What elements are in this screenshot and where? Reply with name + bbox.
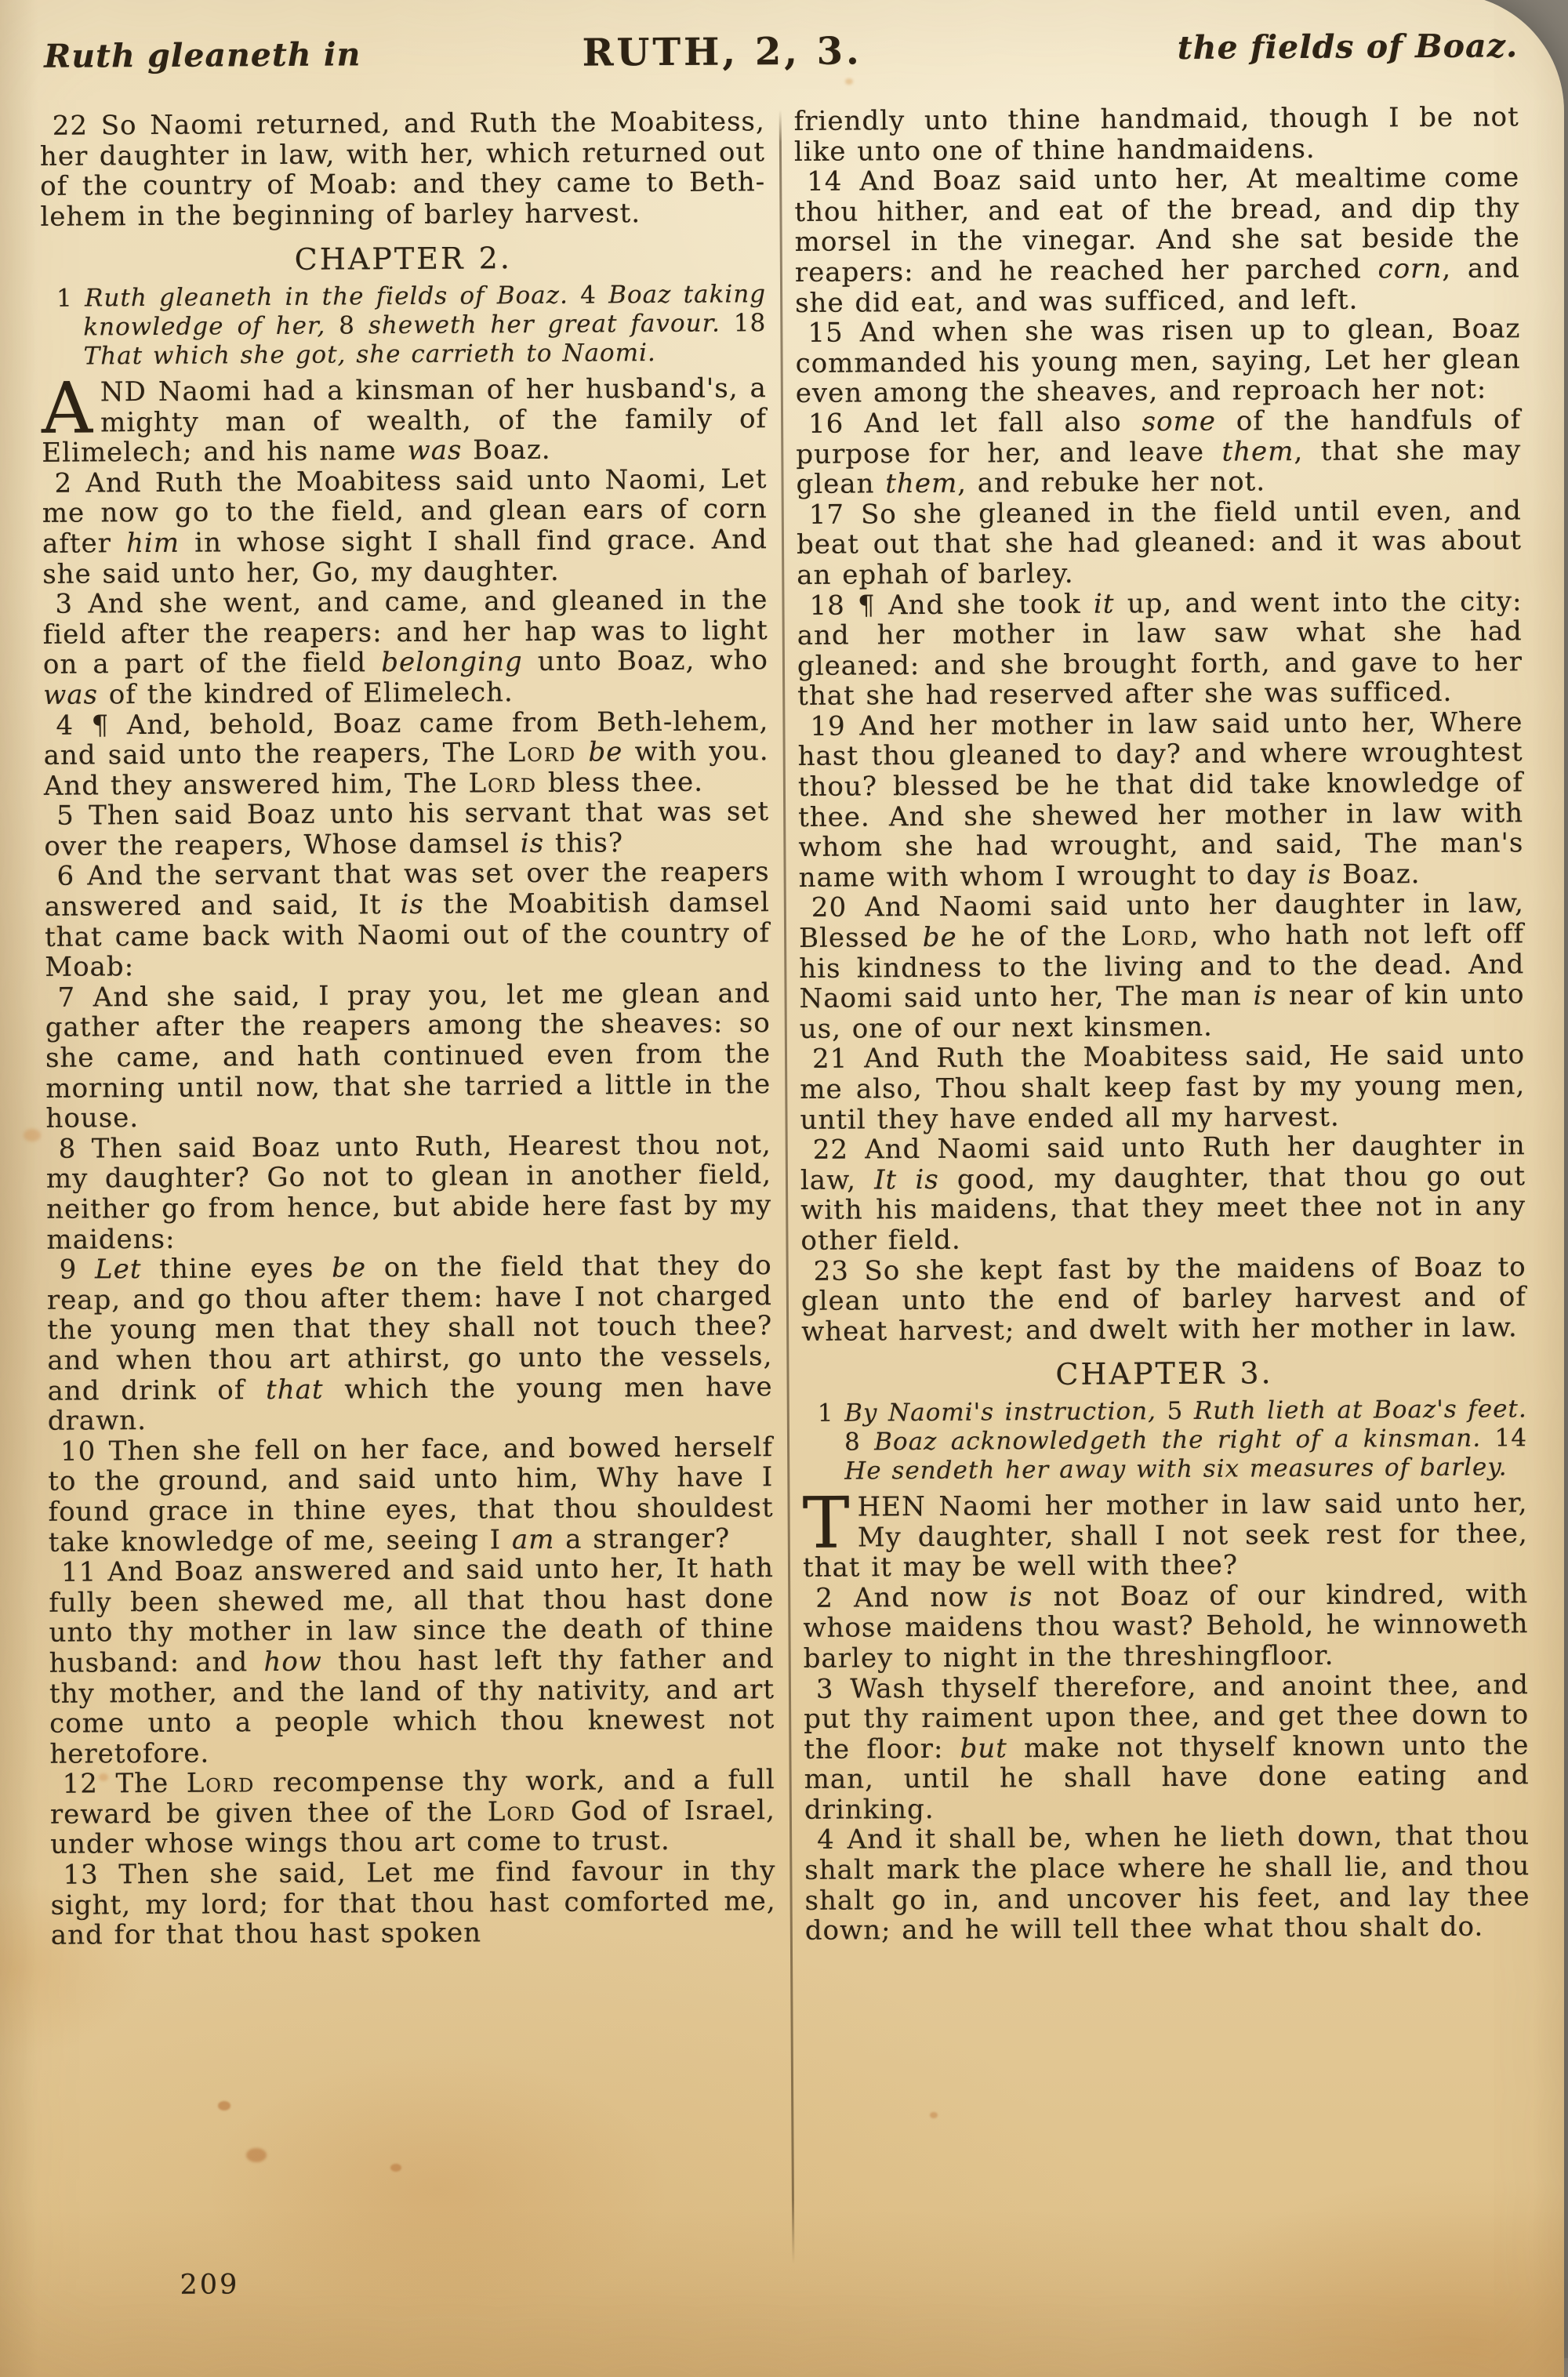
verse-paragraph: 8 Then said Boaz unto Ruth, Hearest thou…: [46, 1130, 772, 1255]
verse-text: 17 So she gleaned in the field until eve…: [797, 495, 1522, 591]
italic-text: is: [400, 889, 424, 920]
verse-paragraph: 11 And Boaz answered and said unto her, …: [49, 1553, 775, 1769]
italic-text: how: [263, 1646, 322, 1678]
verse-text: , and rebuke her not.: [957, 466, 1265, 499]
verse-text: 4: [568, 281, 608, 309]
verse-text: 15 And when she was risen up to glean, B…: [796, 313, 1521, 409]
verse-paragraph: 7 And she said, I pray you, let me glean…: [45, 978, 771, 1134]
verse-paragraph: 13 Then she said, Let me find favour in …: [50, 1856, 776, 1951]
verse-paragraph: 21 And Ruth the Moabitess said, He said …: [800, 1040, 1526, 1135]
italic-text: Boaz acknowledgeth the right of a kinsma…: [874, 1424, 1481, 1457]
italic-text: He sendeth her away with six measures of…: [844, 1453, 1508, 1485]
italic-text: some: [1142, 406, 1216, 438]
text-columns: 22 So Naomi returned, and Ruth the Moabi…: [40, 102, 1552, 2269]
verse-text: 13 Then she said, Let me find favour in …: [50, 1855, 775, 1951]
divine-name: Lord: [468, 768, 537, 800]
verse-text: HEN Naomi her mother in law said unto he…: [803, 1487, 1528, 1584]
chapter-summary: 1 Ruth gleaneth in the fields of Boaz. 4…: [41, 280, 767, 372]
verse-text: bless thee.: [537, 766, 703, 798]
verse-paragraph: 14 And Boaz said unto her, At mealtime c…: [794, 162, 1520, 318]
page-content: Ruth gleaneth in RUTH, 2, 3. the fields …: [39, 22, 1552, 2269]
verse-text: Boaz.: [462, 434, 551, 466]
verse-paragraph: 10 Then she fell on her face, and bowed …: [48, 1432, 774, 1558]
divine-name: Lord: [1121, 920, 1190, 953]
verse-paragraph: 15 And when she was risen up to glean, B…: [795, 314, 1521, 408]
verse-text: 8: [325, 311, 368, 339]
verse-text: 22 So Naomi returned, and Ruth the Moabi…: [40, 106, 765, 232]
verse-text: thine eyes: [141, 1253, 332, 1285]
verse-paragraph: 2 And now is not Boaz of our kindred, wi…: [803, 1579, 1529, 1674]
verse-text: 5 Then said Boaz unto his servant that w…: [44, 796, 769, 862]
verse-text: 2 And now: [815, 1581, 1009, 1614]
verse-paragraph: 16 And let fall also some of the handful…: [796, 405, 1522, 499]
verse-text: 12 The: [63, 1768, 187, 1800]
text-column-right: friendly unto thine handmaid, though I b…: [794, 102, 1533, 2264]
verse-paragraph: 22 And Naomi said unto Ruth her daughter…: [800, 1130, 1526, 1256]
verse-paragraph: 12 The Lord recompense thy work, and a f…: [50, 1765, 776, 1860]
chapter-heading: CHAPTER 3.: [801, 1357, 1526, 1392]
verse-paragraph: 3 Wash thyself therefore, and anoint the…: [804, 1670, 1530, 1826]
italic-text: is: [1009, 1581, 1033, 1613]
verse-text: 16 And let fall also: [808, 406, 1142, 440]
page-number: 209: [180, 2269, 239, 2300]
verse-paragraph: 20 And Naomi said unto her daughter in l…: [799, 889, 1525, 1045]
italic-text: them: [1221, 436, 1294, 468]
italic-text: It is: [874, 1164, 939, 1196]
chapter-heading: CHAPTER 2.: [41, 242, 766, 277]
divine-name: Lord: [187, 1767, 256, 1799]
verse-paragraph: 6 And the servant that was set over the …: [44, 858, 770, 983]
italic-text: be: [588, 736, 622, 768]
verse-paragraph: 17 So she gleaned in the field until eve…: [797, 495, 1523, 590]
verse-text: 5: [1156, 1397, 1194, 1425]
italic-text: sheweth her great favour.: [368, 310, 720, 340]
verse-paragraph: 4 ¶ And, behold, Boaz came from Beth-leh…: [43, 706, 769, 801]
verse-text: 9: [60, 1254, 96, 1286]
drop-cap: A: [42, 380, 93, 437]
verse-text: Boaz.: [1331, 858, 1421, 891]
verse-text: 18: [720, 309, 767, 337]
italic-text: Ruth lieth at Boaz's feet.: [1194, 1395, 1527, 1425]
running-head: Ruth gleaneth in RUTH, 2, 3. the fields …: [39, 22, 1538, 86]
verse-text: 8: [844, 1428, 874, 1456]
verse-paragraph: THEN Naomi her mother in law said unto h…: [802, 1488, 1528, 1583]
italic-text: that: [266, 1374, 324, 1405]
verse-continuation: friendly unto thine handmaid, though I b…: [794, 102, 1519, 167]
verse-text: unto Boaz, who: [523, 644, 768, 677]
italic-text: is: [521, 828, 545, 859]
verse-text: 14: [1481, 1424, 1527, 1452]
verse-text: 23 So she kept fast by the maidens of Bo…: [801, 1251, 1526, 1348]
verse-text: 8 Then said Boaz unto Ruth, Hearest thou…: [46, 1129, 771, 1255]
italic-text: belonging: [381, 646, 523, 678]
chapter-summary: 1 By Naomi's instruction, 5 Ruth lieth a…: [802, 1395, 1528, 1486]
verse-text: this?: [544, 827, 623, 859]
column-divider: [779, 110, 795, 2264]
italic-text: them: [885, 468, 957, 500]
running-head-right: the fields of Boaz.: [1178, 27, 1519, 67]
italic-text: Ruth gleaneth in the fields of Boaz.: [85, 281, 568, 313]
italic-text: but: [960, 1733, 1007, 1764]
verse-text: 4 And it shall be, when he lieth down, t…: [804, 1820, 1530, 1947]
verse-text: a stranger?: [554, 1522, 730, 1555]
verse-text: of the kindred of Elimelech.: [98, 677, 514, 710]
verse-text: he of the: [957, 920, 1122, 953]
verse-text: [576, 737, 588, 768]
drop-cap: T: [802, 1495, 849, 1551]
scan-background: Ruth gleaneth in RUTH, 2, 3. the fields …: [0, 0, 1568, 2358]
italic-text: be: [332, 1253, 366, 1284]
verse-paragraph: 18 ¶ And she took it up, and went into t…: [797, 586, 1523, 712]
italic-text: By Naomi's instruction,: [844, 1397, 1156, 1427]
verse-text: 1: [818, 1399, 845, 1428]
italic-text: be: [923, 922, 957, 953]
italic-text: That which she got, she carrieth to Naom…: [83, 339, 655, 370]
italic-text: am: [512, 1523, 555, 1555]
italic-text: him: [126, 528, 180, 559]
italic-text: was: [43, 679, 98, 710]
verse-text: ND Naomi had a kinsman of her husband's,…: [42, 372, 767, 469]
italic-text: is: [1253, 980, 1277, 1011]
verse-text: 1: [56, 284, 85, 312]
text-column-left: 22 So Naomi returned, and Ruth the Moabi…: [40, 107, 779, 2269]
divine-name: Lord: [507, 737, 576, 769]
italic-text: corn: [1377, 253, 1442, 285]
italic-text: it: [1094, 588, 1115, 619]
verse-paragraph: 2 And Ruth the Moabitess said unto Naomi…: [42, 464, 768, 590]
verse-paragraph: 5 Then said Boaz unto his servant that w…: [44, 797, 769, 862]
verse-paragraph: 19 And her mother in law said unto her, …: [797, 707, 1523, 893]
running-head-title: RUTH, 2, 3.: [582, 29, 862, 74]
verse-paragraph: 9 Let thine eyes be on the field that th…: [47, 1250, 773, 1436]
verse-text: friendly unto thine handmaid, though I b…: [794, 101, 1519, 167]
italic-text: is: [1308, 859, 1332, 891]
divine-name: Lord: [488, 1796, 557, 1828]
verse-paragraph: 3 And she went, and came, and gleaned in…: [42, 585, 768, 710]
verse-paragraph: 4 And it shall be, when he lieth down, t…: [804, 1821, 1530, 1947]
verse-paragraph: AND Naomi had a kinsman of her husband's…: [42, 373, 768, 468]
verse-text: 21 And Ruth the Moabitess said, He said …: [800, 1040, 1525, 1136]
verse-text: 18 ¶ And she took: [809, 588, 1094, 621]
running-head-left: Ruth gleaneth in: [44, 35, 361, 74]
italic-text: Let: [95, 1254, 142, 1285]
stain-speckle: [24, 1129, 41, 1141]
verse-text: 7 And she said, I pray you, let me glean…: [45, 978, 771, 1134]
verse-paragraph: 22 So Naomi returned, and Ruth the Moabi…: [40, 107, 766, 232]
verse-paragraph: 23 So she kept fast by the maidens of Bo…: [801, 1252, 1527, 1347]
italic-text: was: [407, 435, 462, 466]
